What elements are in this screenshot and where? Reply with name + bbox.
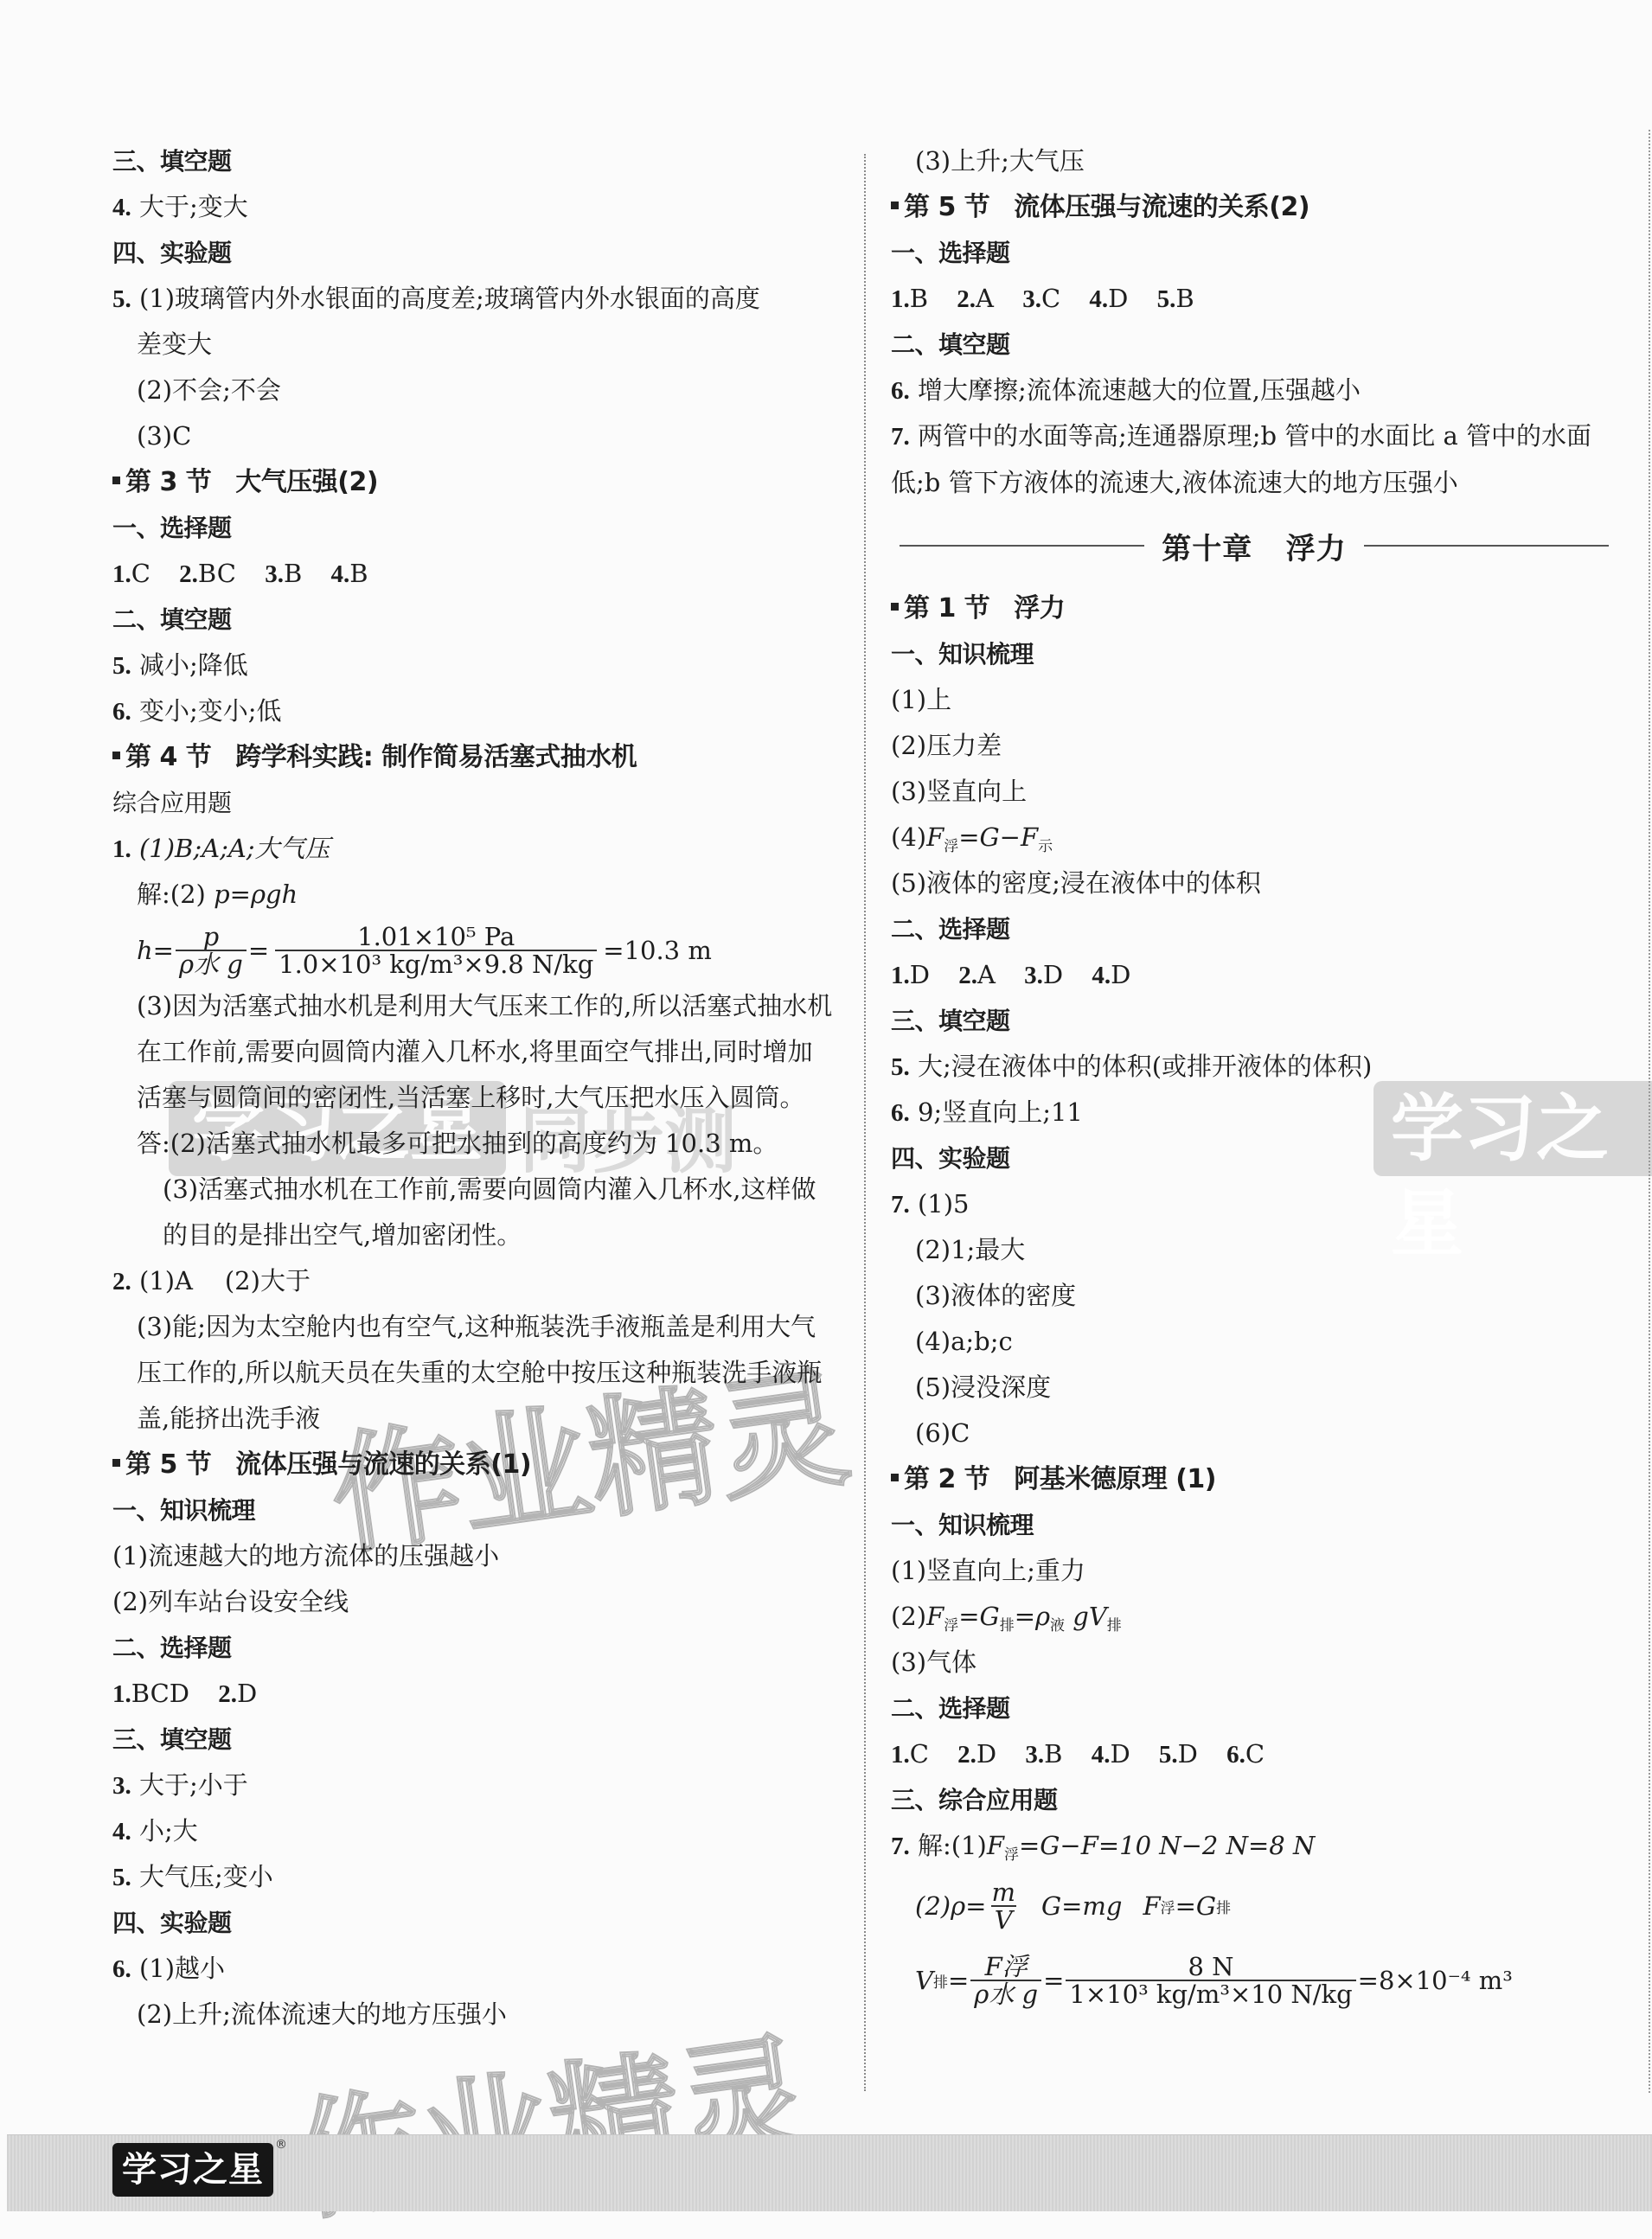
answer-line: (1)竖直向上;重力: [891, 1548, 1617, 1594]
fraction: pρ水 g: [176, 924, 247, 977]
chapter-title: 第十章 浮力: [1153, 525, 1355, 567]
lesson-heading: 第 2 节阿基米德原理 (1): [891, 1456, 1617, 1502]
section-heading: 一、选择题: [891, 230, 1617, 276]
answer-line: 5. 大气压;变小: [112, 1854, 848, 1900]
section-heading: 一、知识梳理: [112, 1487, 848, 1533]
volume-formula: V排 = F浮ρ水 g = 8 N1×10³ kg/m³×10 N/kg =8×…: [891, 1943, 1617, 2018]
square-bullet-icon: [891, 603, 899, 611]
section-heading: 二、选择题: [891, 1686, 1617, 1731]
answer-paragraph: (3)因为活塞式抽水机是利用大气压来工作的,所以活塞式抽水机在工作前,需要向圆筒…: [112, 983, 837, 1121]
answer-line: 2. (1)A (2)大于: [112, 1258, 848, 1304]
answer-line: 6. 增大摩擦;流体流速越大的位置,压强越小: [891, 368, 1617, 413]
chapter-rule-left: [900, 545, 1144, 547]
mc-answers: 1.C 2.D 3.B 4.D 5.D 6.C: [891, 1731, 1617, 1777]
answer-line: 答:(2)活塞式抽水机最多可把水抽到的高度约为 10.3 m。: [112, 1121, 848, 1167]
square-bullet-icon: [112, 1459, 120, 1467]
section-heading: 三、填空题: [112, 1717, 848, 1762]
square-bullet-icon: [112, 477, 120, 484]
lesson-heading: 第 3 节大气压强(2): [112, 459, 848, 505]
section-heading: 三、填空题: [112, 138, 848, 184]
mc-answers: 1.B 2.A 3.C 4.D 5.B: [891, 276, 1617, 322]
answer-line: 6. (1)越小: [112, 1946, 848, 1992]
answer-line: (5)浸没深度: [891, 1365, 1617, 1411]
fraction: F浮ρ水 g: [970, 1954, 1041, 2007]
answer-line: 7. 解:(1)F浮=G−F=10 N−2 N=8 N: [891, 1823, 1617, 1869]
answer-line: (3)液体的密度: [891, 1273, 1617, 1319]
answer-line: 6. 9;竖直向上;11: [891, 1090, 1617, 1135]
section-heading: 二、填空题: [891, 322, 1617, 368]
answer-line: (4)a;b;c: [891, 1319, 1617, 1365]
answer-line: (3)C: [112, 413, 848, 459]
answer-line: (5)液体的密度;浸在液体中的体积: [891, 860, 1617, 906]
section-heading: 一、知识梳理: [891, 631, 1617, 677]
answer-line: (1)流速越大的地方流体的压强越小: [112, 1533, 848, 1579]
section-heading: 四、实验题: [112, 1900, 848, 1946]
answer-line: (3)上升;大气压: [891, 138, 1617, 184]
answer-line: (3)气体: [891, 1640, 1617, 1686]
answer-paragraph: (3)活塞式抽水机在工作前,需要向圆筒内灌入几杯水,这样做的目的是排出空气,增加…: [112, 1167, 837, 1258]
mc-answers: 1.C 2.BC 3.B 4.B: [112, 551, 848, 597]
answer-paragraph: (3)能;因为太空舱内也有空气,这种瓶装洗手液瓶盖是利用大气压工作的,所以航天员…: [112, 1304, 837, 1442]
section-heading: 综合应用题: [112, 780, 848, 826]
column-divider: [864, 154, 866, 2091]
answer-line: 4. 小;大: [112, 1808, 848, 1854]
answer-line: (2)1;最大: [891, 1227, 1617, 1273]
lesson-heading: 第 4 节跨学科实践: 制作简易活塞式抽水机: [112, 734, 848, 780]
chapter-rule-right: [1364, 545, 1609, 547]
answer-line: (2)压力差: [891, 723, 1617, 769]
square-bullet-icon: [112, 752, 120, 759]
answer-line: (6)C: [891, 1411, 1617, 1456]
mc-answers: 1.BCD 2.D: [112, 1671, 848, 1717]
height-formula: h= pρ水 g = 1.01×10⁵ Pa1.0×10³ kg/m³×9.8 …: [112, 918, 848, 983]
section-heading: 二、选择题: [891, 906, 1617, 952]
answer-line: 4. 大于;变大: [112, 184, 848, 230]
answer-line: 差变大: [112, 322, 848, 368]
answer-line: 6. 变小;变小;低: [112, 688, 848, 734]
publisher-logo: 学习之星: [112, 2143, 273, 2197]
section-heading: 三、填空题: [891, 998, 1617, 1044]
answer-line: 3. 大于;小于: [112, 1762, 848, 1808]
fraction: 8 N1×10³ kg/m³×10 N/kg: [1066, 1954, 1355, 2007]
section-heading: 二、选择题: [112, 1625, 848, 1671]
answer-line: (2)列车站台设安全线: [112, 1579, 848, 1625]
square-bullet-icon: [891, 1474, 899, 1481]
answer-line: (1)上: [891, 677, 1617, 723]
fraction: mV: [988, 1879, 1019, 1933]
answer-line: 5. (1)玻璃管内外水银面的高度差;玻璃管内外水银面的高度: [112, 276, 848, 322]
lesson-heading: 第 1 节浮力: [891, 585, 1617, 631]
right-column: (3)上升;大气压 第 5 节流体压强与流速的关系(2) 一、选择题 1.B 2…: [891, 138, 1617, 2018]
square-bullet-icon: [891, 202, 899, 209]
lesson-heading: 第 5 节流体压强与流速的关系(2): [891, 184, 1617, 230]
answer-line: (3)竖直向上: [891, 769, 1617, 815]
answer-line: (2)不会;不会: [112, 368, 848, 413]
page-edge-line: [1649, 130, 1650, 2093]
density-formula: (2)ρ= mV G=mg F浮=G排: [891, 1869, 1617, 1943]
fraction: 1.01×10⁵ Pa1.0×10³ kg/m³×9.8 N/kg: [271, 924, 601, 977]
answer-line: 1. (1)B;A;A;大气压: [112, 826, 848, 872]
answer-line: 5. 大;浸在液体中的体积(或排开液体的体积): [891, 1044, 1617, 1090]
section-heading: 一、知识梳理: [891, 1502, 1617, 1548]
answer-line: (2)上升;流体流速大的地方压强小: [112, 1992, 848, 2037]
answer-line: (2)F浮=G排=ρ液 gV排: [891, 1594, 1617, 1640]
registered-mark-icon: ®: [275, 2138, 287, 2152]
section-heading: 四、实验题: [891, 1135, 1617, 1181]
section-heading: 四、实验题: [112, 230, 848, 276]
answer-line: 解:(2) p=ρgh: [112, 872, 848, 918]
left-column: 三、填空题 4. 大于;变大 四、实验题 5. (1)玻璃管内外水银面的高度差;…: [112, 138, 848, 2037]
answer-line: (4)F浮=G−F示: [891, 815, 1617, 860]
section-heading: 一、选择题: [112, 505, 848, 551]
section-heading: 二、填空题: [112, 597, 848, 643]
answer-line: 5. 减小;降低: [112, 643, 848, 688]
answer-line: 7. (1)5: [891, 1181, 1617, 1227]
lesson-heading: 第 5 节流体压强与流速的关系(1): [112, 1442, 848, 1487]
mc-answers: 1.D 2.A 3.D 4.D: [891, 952, 1617, 998]
section-heading: 三、综合应用题: [891, 1777, 1617, 1823]
answer-paragraph: 7. 两管中的水面等高;连通器原理;b 管中的水面比 a 管中的水面低;b 管下…: [891, 413, 1600, 506]
chapter-heading: 第十章 浮力: [891, 511, 1617, 580]
